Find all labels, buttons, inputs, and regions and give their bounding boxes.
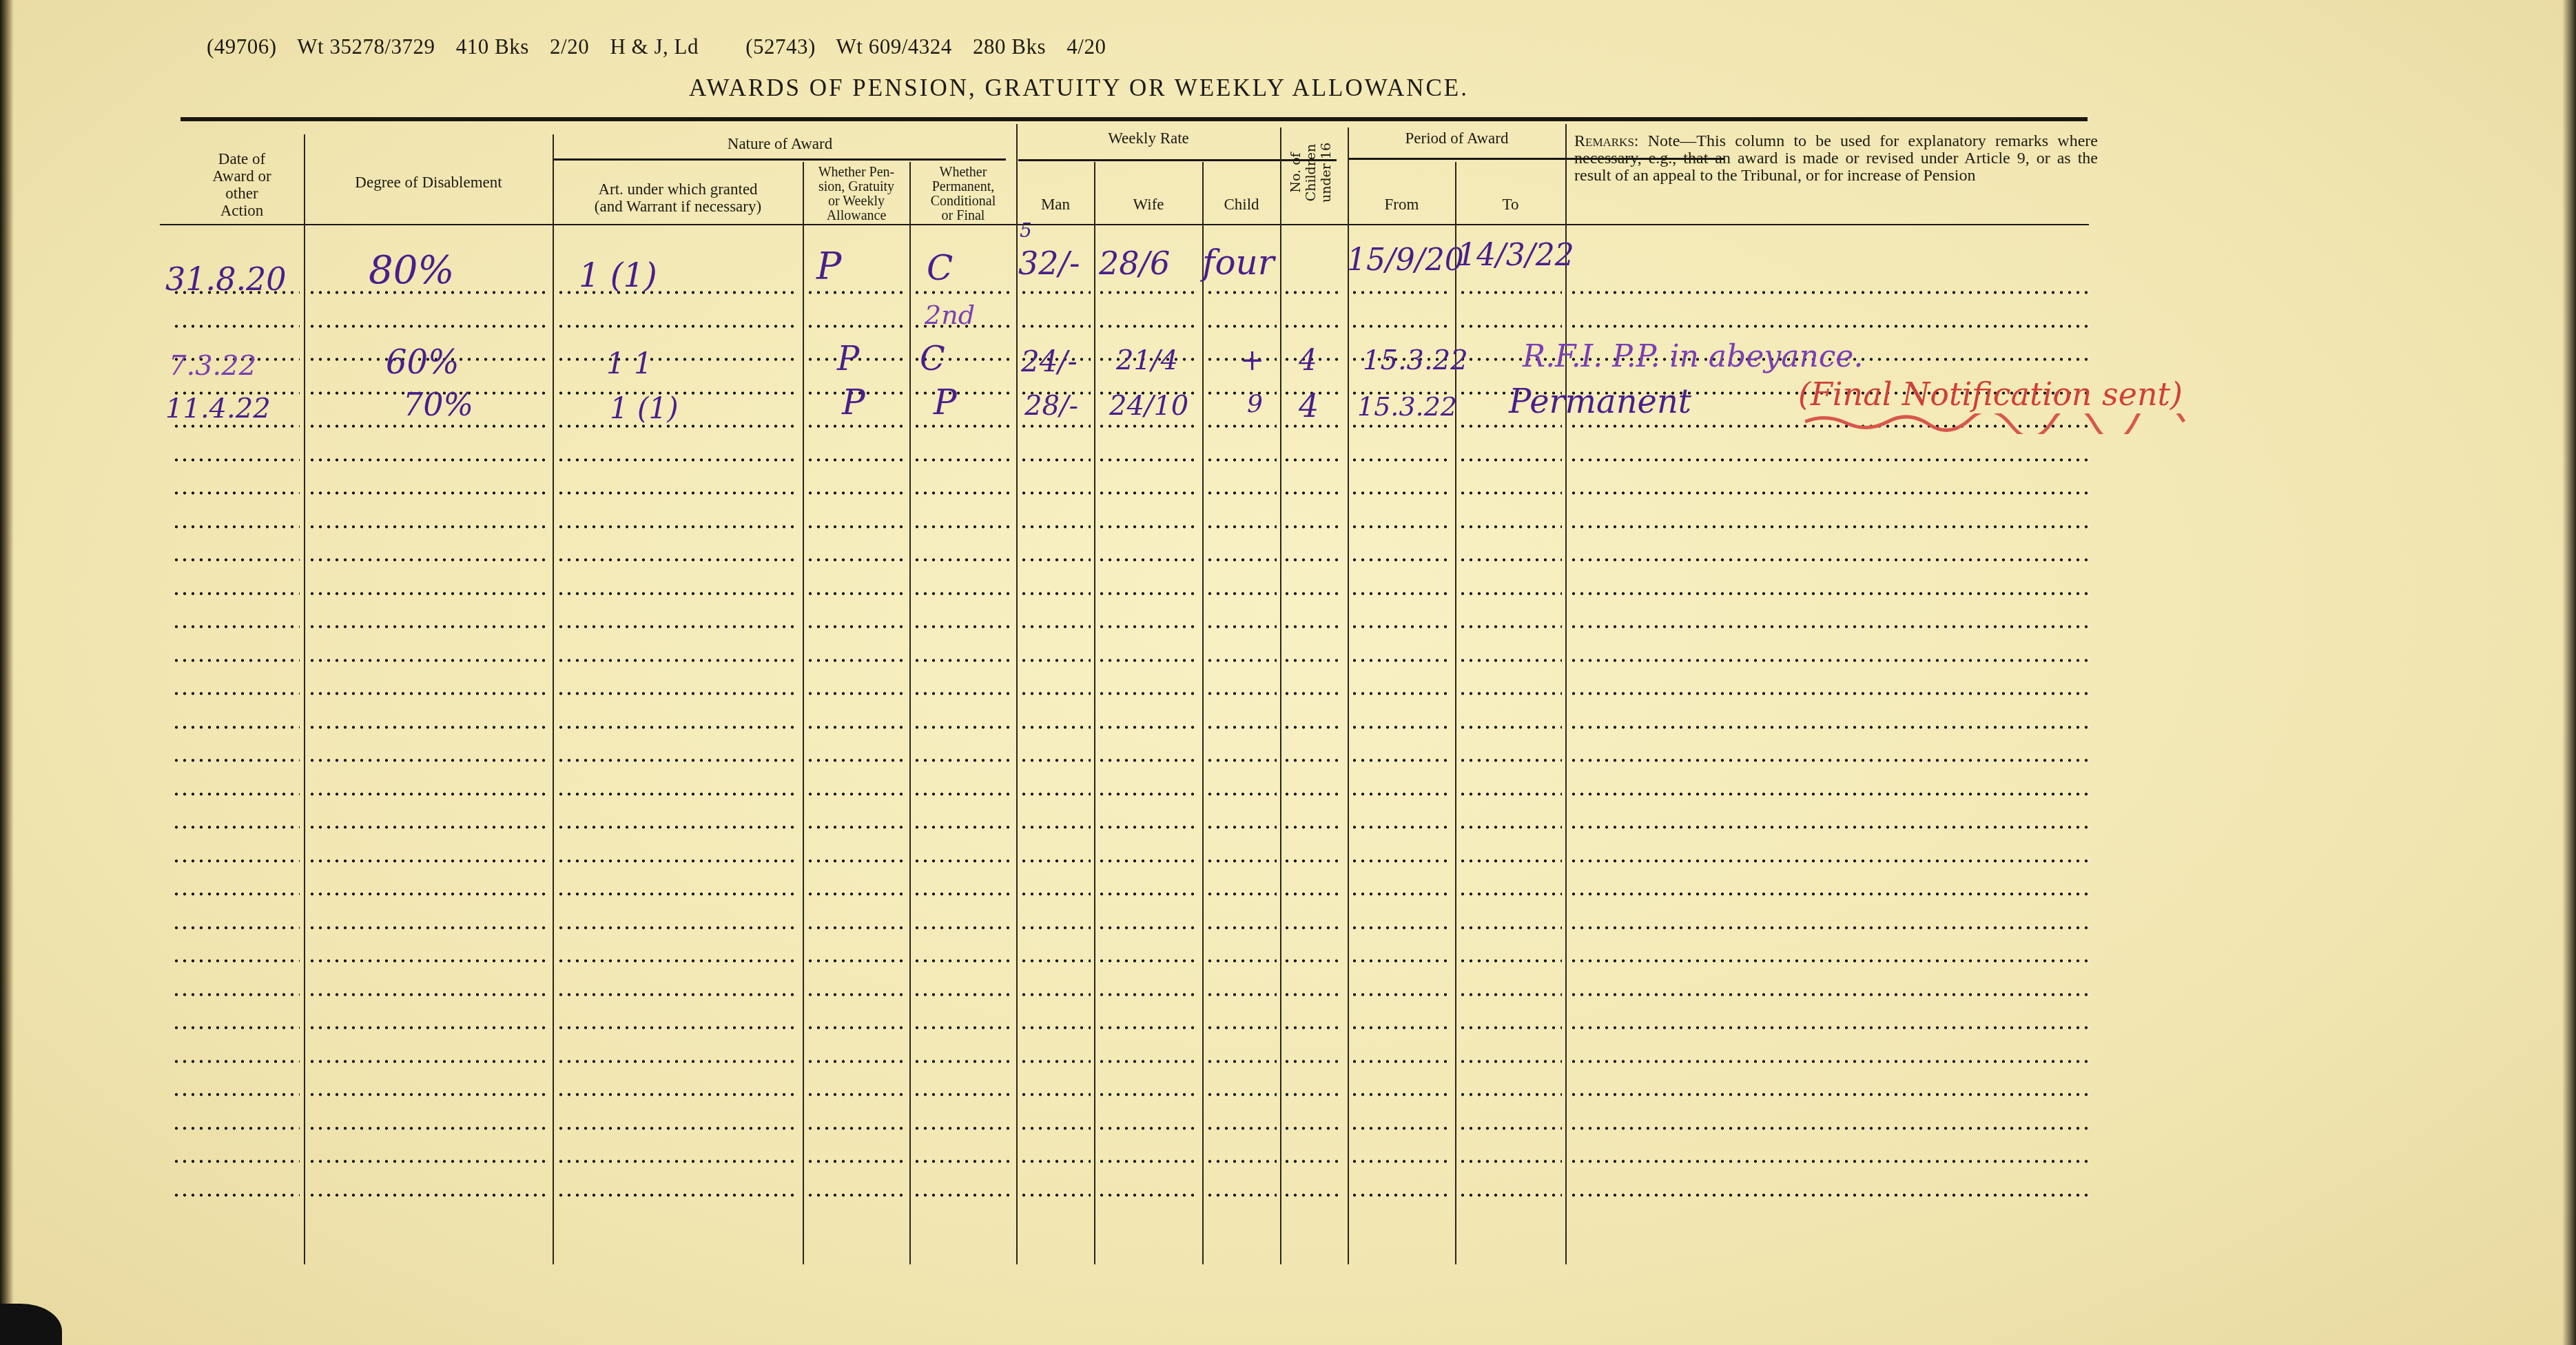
dotted-rule — [1283, 491, 1343, 495]
dotted-rule — [1020, 424, 1091, 428]
dotted-rule — [1350, 1160, 1452, 1163]
dotted-rule — [557, 358, 799, 361]
dotted-rule — [1020, 659, 1091, 662]
dotted-rule — [172, 1160, 300, 1163]
dotted-rule — [913, 424, 1013, 428]
dotted-rule — [172, 892, 300, 896]
dotted-rule — [172, 1093, 300, 1096]
dotted-rule — [172, 1060, 300, 1063]
dotted-rule — [1569, 959, 2088, 963]
dotted-rule — [308, 659, 549, 662]
page-title: AWARDS OF PENSION, GRATUITY OR WEEKLY AL… — [689, 74, 1469, 102]
dotted-rule — [1569, 325, 2088, 328]
dotted-rule — [1020, 325, 1091, 328]
dotted-rule — [1206, 325, 1277, 328]
dotted-rule — [1283, 1093, 1343, 1096]
dotted-rule — [1020, 1060, 1091, 1063]
dotted-rule — [913, 592, 1013, 595]
entry-man: 28/- — [1024, 390, 1078, 422]
dotted-rule — [1020, 1026, 1091, 1029]
dotted-rule — [806, 291, 906, 294]
dotted-rule — [1098, 892, 1199, 896]
dotted-rule — [1350, 592, 1452, 595]
dotted-rule — [1206, 458, 1277, 462]
column-divider — [1565, 124, 1567, 1264]
entry-wife: 24/10 — [1109, 390, 1188, 422]
dotted-rule — [1569, 458, 2088, 462]
dotted-rule — [1020, 592, 1091, 595]
dotted-rule — [1020, 792, 1091, 796]
dotted-rule — [172, 1193, 300, 1197]
dotted-rule — [1206, 592, 1277, 595]
dotted-rule — [308, 592, 549, 595]
dotted-rule — [308, 759, 549, 762]
column-divider — [909, 162, 911, 1264]
dotted-rule — [1569, 525, 2088, 528]
dotted-rule — [557, 625, 799, 628]
dotted-rule — [1283, 692, 1343, 695]
dotted-rule — [1459, 1093, 1562, 1096]
dotted-rule — [557, 792, 799, 796]
dotted-rule — [1569, 291, 2088, 294]
dotted-rule — [1020, 859, 1091, 863]
dotted-rule — [172, 491, 300, 495]
column-divider — [1348, 127, 1349, 1264]
dotted-rule — [806, 1093, 906, 1096]
dotted-rule — [913, 792, 1013, 796]
dotted-rule — [1020, 558, 1091, 562]
dotted-rule — [1206, 424, 1277, 428]
dotted-rule — [308, 558, 549, 562]
entry-child: 9 — [1247, 390, 1263, 418]
dotted-rule — [557, 1026, 799, 1029]
dotted-rule — [1459, 1160, 1562, 1163]
dotted-rule — [806, 325, 906, 328]
entry-child: four — [1202, 243, 1275, 283]
dotted-rule — [1459, 458, 1562, 462]
dotted-rule — [557, 825, 799, 829]
entry-remarks-red-annotation: (Final Notification sent) — [1798, 376, 2183, 413]
dotted-rule — [913, 458, 1013, 462]
dotted-rule — [1206, 1127, 1277, 1130]
dotted-rule — [1569, 625, 2088, 628]
dotted-rule — [806, 859, 906, 863]
dotted-rule — [1350, 726, 1452, 729]
entry-wife: 21/4 — [1116, 345, 1178, 376]
dotted-rule — [1350, 291, 1452, 294]
dotted-rule — [806, 659, 906, 662]
dotted-rule — [308, 825, 549, 829]
dotted-rule — [308, 525, 549, 528]
dotted-rule — [1283, 525, 1343, 528]
column-divider — [304, 134, 305, 1264]
dotted-rule — [172, 525, 300, 528]
header-remarks: Remarks: Note—This column to be used for… — [1574, 133, 2098, 185]
entry-pension-type: P — [837, 340, 859, 378]
dotted-rule — [1569, 1093, 2088, 1096]
dotted-rule — [1459, 1026, 1562, 1029]
dotted-rule — [1098, 659, 1199, 662]
dotted-rule — [308, 1193, 549, 1197]
dotted-rule — [1020, 993, 1091, 996]
dotted-rule — [806, 692, 906, 695]
dotted-rule — [1283, 1060, 1343, 1063]
dotted-rule — [172, 792, 300, 796]
dotted-rule — [1206, 993, 1277, 996]
dotted-rule — [308, 926, 549, 930]
dotted-rule — [1350, 458, 1452, 462]
dotted-rule — [308, 1060, 549, 1063]
column-divider — [1094, 162, 1095, 1264]
header-line: Date of — [181, 150, 303, 167]
remarks-label: Remarks — [1574, 132, 1634, 150]
dotted-rule — [1459, 659, 1562, 662]
header-bottom-rule — [160, 224, 2089, 225]
header-date: Date of Award or other Action — [181, 150, 303, 219]
header-man: Man — [1017, 196, 1094, 213]
dotted-rule — [1283, 993, 1343, 996]
dotted-rule — [1206, 659, 1277, 662]
dotted-rule — [1098, 759, 1199, 762]
dotted-rule — [1283, 291, 1343, 294]
dotted-rule — [1459, 291, 1562, 294]
dotted-rule — [557, 926, 799, 930]
dotted-rule — [1020, 892, 1091, 896]
dotted-rule — [1098, 558, 1199, 562]
dotted-rule — [172, 592, 300, 595]
dotted-rule — [1098, 1093, 1199, 1096]
entry-remarks: Permanent — [1509, 382, 1691, 421]
header-line: (and Warrant if necessary) — [553, 198, 803, 215]
entry-date: 11.4.22 — [165, 393, 271, 424]
entry-article: 1 (1) — [610, 391, 679, 425]
header-top-rule — [181, 117, 2088, 121]
dotted-rule — [172, 1127, 300, 1130]
dotted-rule — [1206, 391, 1277, 395]
dotted-rule — [1206, 291, 1277, 294]
header-line: under 16 — [1319, 126, 1334, 219]
dotted-rule — [1283, 558, 1343, 562]
dotted-rule — [806, 892, 906, 896]
dotted-rule — [1206, 1093, 1277, 1096]
dotted-rule — [1206, 1160, 1277, 1163]
dotted-rule — [308, 792, 549, 796]
entry-degree: 60% — [386, 343, 460, 382]
header-line: Action — [181, 202, 303, 219]
dotted-rule — [806, 625, 906, 628]
dotted-rule — [913, 859, 1013, 863]
dotted-rule — [1459, 1127, 1562, 1130]
dotted-rule — [806, 1026, 906, 1029]
dotted-rule — [1350, 558, 1452, 562]
dotted-rule — [806, 491, 906, 495]
header-child: Child — [1203, 196, 1280, 213]
dotted-rule — [172, 726, 300, 729]
dotted-rule — [1283, 325, 1343, 328]
dotted-rule — [557, 558, 799, 562]
dotted-rule — [1206, 525, 1277, 528]
column-divider — [803, 162, 804, 1264]
dotted-rule — [1459, 993, 1562, 996]
dotted-rule — [1283, 1160, 1343, 1163]
header-line: or Weekly — [803, 194, 909, 209]
dotted-rule — [308, 491, 549, 495]
dotted-rule — [1020, 458, 1091, 462]
dotted-rule — [1459, 825, 1562, 829]
dotted-rule — [806, 959, 906, 963]
dotted-rule — [1098, 291, 1199, 294]
dotted-rule — [1020, 759, 1091, 762]
dotted-rule — [913, 692, 1013, 695]
header-line: Art. under which granted — [553, 181, 803, 198]
dotted-rule — [557, 859, 799, 863]
dotted-rule — [806, 759, 906, 762]
dotted-rule — [1350, 993, 1452, 996]
dotted-rule — [1459, 959, 1562, 963]
dotted-rule — [308, 859, 549, 863]
print-code: 410 Bks — [456, 34, 529, 59]
dotted-rule — [1350, 491, 1452, 495]
dotted-rule — [1098, 325, 1199, 328]
dotted-rule — [1098, 458, 1199, 462]
dotted-rule — [1350, 525, 1452, 528]
dotted-rule — [1098, 592, 1199, 595]
dotted-rule — [1569, 491, 2088, 495]
header-line: Whether — [910, 165, 1016, 180]
dotted-rule — [557, 491, 799, 495]
dotted-rule — [913, 1193, 1013, 1197]
entry-permanence-note: 2nd — [925, 300, 975, 330]
entry-remarks: R.F.I. P.P. in abeyance. — [1523, 339, 1863, 374]
dotted-rule — [1459, 558, 1562, 562]
dotted-rule — [1459, 525, 1562, 528]
dotted-rule — [1350, 759, 1452, 762]
entry-wife: 28/6 — [1099, 245, 1170, 282]
dotted-rule — [1283, 424, 1343, 428]
dotted-rule — [1206, 792, 1277, 796]
dotted-rule — [172, 692, 300, 695]
dotted-rule — [172, 458, 300, 462]
column-divider — [1016, 124, 1018, 1264]
dotted-rule — [1098, 625, 1199, 628]
paper-edge-left — [0, 0, 14, 1345]
entry-from: 15/9/20 — [1347, 243, 1464, 278]
entry-from: 15.3.22 — [1357, 391, 1457, 422]
dotted-rule — [806, 1193, 906, 1197]
dotted-rule — [1206, 491, 1277, 495]
dotted-rule — [172, 759, 300, 762]
dotted-rule — [1283, 1026, 1343, 1029]
dotted-rule — [1459, 325, 1562, 328]
print-code: H & J, Ld — [610, 34, 699, 59]
dotted-rule — [557, 959, 799, 963]
dotted-rule — [1020, 1160, 1091, 1163]
header-permanence: Whether Permanent, Conditional or Final — [910, 165, 1016, 223]
dotted-rule — [1206, 558, 1277, 562]
dotted-rule — [1569, 692, 2088, 695]
header-line: or Final — [910, 209, 1016, 223]
entry-date: 31.8.20 — [165, 260, 287, 298]
dotted-rule — [1283, 926, 1343, 930]
dotted-rule — [308, 726, 549, 729]
entry-permanence: P — [934, 382, 957, 422]
dotted-rule — [1206, 1026, 1277, 1029]
dotted-rule — [1569, 825, 2088, 829]
entry-article: 1 (1) — [579, 256, 657, 295]
dotted-rule — [308, 424, 549, 428]
dotted-rule — [308, 1026, 549, 1029]
dotted-rule — [557, 525, 799, 528]
dotted-rule — [1569, 558, 2088, 562]
dotted-rule — [557, 726, 799, 729]
dotted-rule — [1206, 825, 1277, 829]
dotted-rule — [1569, 926, 2088, 930]
dotted-rule — [1350, 959, 1452, 963]
dotted-rule — [1569, 1127, 2088, 1130]
entry-from: 15.3.22 — [1363, 345, 1468, 376]
dotted-rule — [1206, 1060, 1277, 1063]
header-nature-of-award: Nature of Award — [553, 135, 1007, 152]
dotted-rule — [806, 592, 906, 595]
dotted-rule — [1098, 726, 1199, 729]
dotted-rule — [1569, 1193, 2088, 1197]
dotted-rule — [557, 592, 799, 595]
entry-pension-type: P — [816, 245, 841, 288]
dotted-rule — [913, 825, 1013, 829]
header-pension-type: Whether Pen- sion, Gratuity or Weekly Al… — [803, 165, 909, 223]
header-line: Conditional — [910, 194, 1016, 209]
dotted-rule — [1206, 625, 1277, 628]
dotted-rule — [308, 458, 549, 462]
dotted-rule — [172, 424, 300, 428]
column-divider — [1202, 162, 1204, 1264]
dotted-rule — [913, 391, 1013, 395]
dotted-rule — [1350, 1026, 1452, 1029]
dotted-rule — [1459, 625, 1562, 628]
dotted-rule — [1569, 659, 2088, 662]
dotted-rule — [1098, 1160, 1199, 1163]
dotted-rule — [557, 759, 799, 762]
column-divider — [1280, 127, 1281, 1264]
dotted-rule — [1098, 424, 1199, 428]
dotted-rule — [172, 558, 300, 562]
dotted-rule — [1569, 859, 2088, 863]
dotted-rule — [1283, 1127, 1343, 1130]
dotted-rule — [1350, 1193, 1452, 1197]
dotted-rule — [1350, 926, 1452, 930]
dotted-rule — [1283, 726, 1343, 729]
dotted-rule — [1098, 993, 1199, 996]
dotted-rule — [1020, 1093, 1091, 1096]
dotted-rule — [172, 325, 300, 328]
dotted-rule — [172, 825, 300, 829]
dotted-rule — [913, 726, 1013, 729]
header-line: sion, Gratuity — [803, 180, 909, 194]
dotted-rule — [1569, 726, 2088, 729]
dotted-rule — [806, 825, 906, 829]
dotted-rule — [557, 892, 799, 896]
dotted-rule — [557, 1160, 799, 1163]
dotted-rule — [913, 926, 1013, 930]
entry-degree: 70% — [403, 386, 473, 423]
dotted-rule — [913, 1026, 1013, 1029]
dotted-rule — [308, 959, 549, 963]
dotted-rule — [1020, 726, 1091, 729]
print-code: 280 Bks — [973, 34, 1046, 59]
header-line: Whether Pen- — [803, 165, 909, 180]
header-degree: Degree of Disablement — [305, 174, 552, 191]
dotted-rule — [308, 892, 549, 896]
entry-man-note: 5 — [1020, 219, 1032, 242]
entry-article: 1 1 — [606, 347, 652, 380]
dotted-rule — [557, 1060, 799, 1063]
entry-children: 4 — [1299, 387, 1319, 424]
header-article: Art. under which granted (and Warrant if… — [553, 181, 803, 215]
dotted-rule — [308, 1093, 549, 1096]
dotted-rule — [1020, 291, 1091, 294]
dotted-rule — [557, 1127, 799, 1130]
dotted-rule — [806, 458, 906, 462]
dotted-rule — [913, 659, 1013, 662]
dotted-rule — [308, 325, 549, 328]
dotted-rule — [913, 525, 1013, 528]
dotted-rule — [1098, 926, 1199, 930]
dotted-rule — [1350, 625, 1452, 628]
header-line: No. of — [1288, 126, 1304, 219]
dotted-rule — [1020, 1193, 1091, 1197]
dotted-rule — [913, 291, 1013, 294]
print-code: 4/20 — [1067, 34, 1106, 59]
print-code-line: (49706) Wt 35278/3729 410 Bks 2/20 H & J… — [207, 34, 1121, 59]
dotted-rule — [1283, 892, 1343, 896]
dotted-rule — [1569, 892, 2088, 896]
dotted-rule — [1350, 892, 1452, 896]
column-divider — [1455, 162, 1456, 1264]
dotted-rule — [557, 1193, 799, 1197]
print-code: 2/20 — [550, 34, 589, 59]
dotted-rule — [557, 458, 799, 462]
dotted-rule — [308, 1127, 549, 1130]
dotted-rule — [1206, 692, 1277, 695]
dotted-rule — [1206, 959, 1277, 963]
dotted-rule — [1283, 592, 1343, 595]
header-line: Award or — [181, 167, 303, 185]
header-line: Allowance — [803, 209, 909, 223]
dotted-rule — [172, 859, 300, 863]
dotted-rule — [172, 625, 300, 628]
dotted-rule — [1283, 659, 1343, 662]
dotted-rule — [557, 993, 799, 996]
dotted-rule — [1283, 859, 1343, 863]
dotted-rule — [308, 993, 549, 996]
dotted-rule — [1283, 1193, 1343, 1197]
dotted-rule — [1350, 792, 1452, 796]
dotted-rule — [1020, 926, 1091, 930]
header-line: Permanent, — [910, 180, 1016, 194]
dotted-rule — [1350, 1127, 1452, 1130]
dotted-rule — [1569, 792, 2088, 796]
dotted-rule — [913, 993, 1013, 996]
dotted-rule — [1098, 1026, 1199, 1029]
paper-edge-right — [2562, 0, 2576, 1345]
dotted-rule — [806, 792, 906, 796]
dotted-rule — [1569, 592, 2088, 595]
dotted-rule — [913, 625, 1013, 628]
dotted-rule — [1206, 892, 1277, 896]
dotted-rule — [1459, 726, 1562, 729]
dotted-rule — [1350, 424, 1452, 428]
dotted-rule — [1283, 759, 1343, 762]
